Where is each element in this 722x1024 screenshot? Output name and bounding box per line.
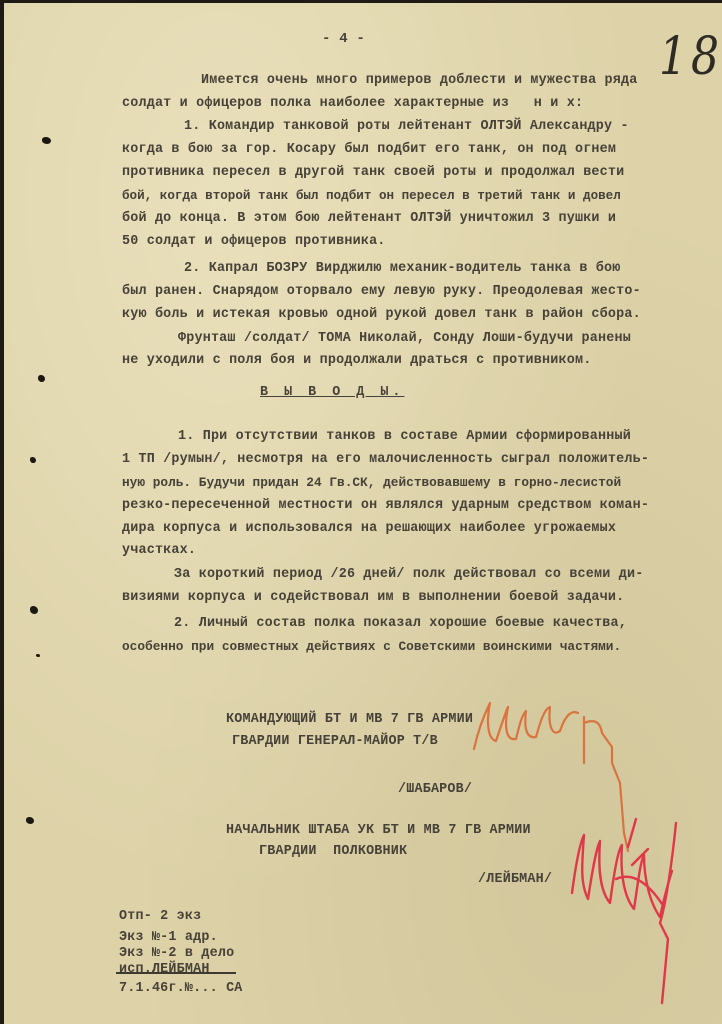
handwritten-signatures <box>4 3 722 1024</box>
signature-shabarov-icon <box>474 703 628 851</box>
signature-leibman-icon <box>572 819 676 1003</box>
document-page: - 4 - 18 Имеется очень много примеров до… <box>4 3 722 1024</box>
